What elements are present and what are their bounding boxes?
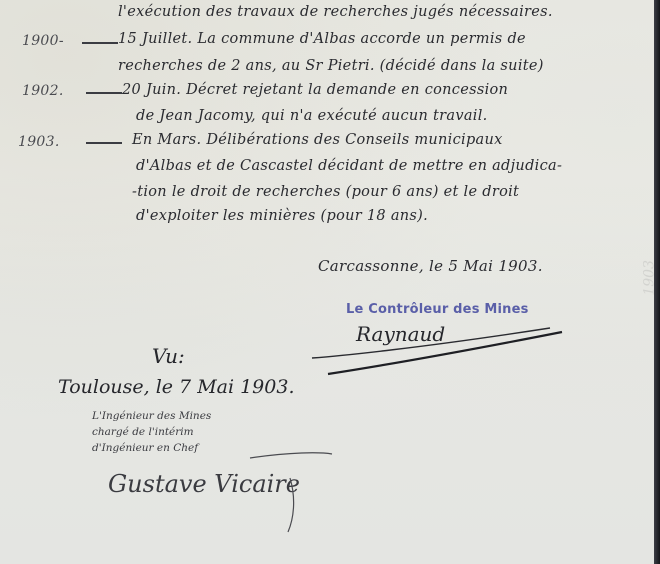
signature-flourish [300, 320, 580, 380]
text-line: En Mars. Délibérations des Conseils muni… [132, 132, 503, 148]
text-line: 15 Juillet. La commune d'Albas accorde u… [118, 31, 526, 47]
text-line: 20 Juin. Décret rejetant la demande en c… [122, 82, 508, 98]
text-line: d'exploiter les minières (pour 18 ans). [136, 208, 428, 224]
signature-flourish [100, 448, 340, 538]
endorsement-title-line: chargé de l'intérim [92, 426, 194, 438]
vu-label: Vu: [152, 344, 185, 368]
dash-divider [86, 142, 122, 144]
text-line: l'exécution des travaux de recherches ju… [118, 4, 553, 20]
faded-margin-text: 1903 [642, 260, 654, 296]
scan-edge [654, 0, 660, 564]
endorsement-title-line: L'Ingénieur des Mines [92, 410, 211, 422]
year-label: 1902. [22, 83, 64, 99]
dash-divider [86, 92, 122, 94]
year-label: 1900- [22, 33, 64, 49]
text-line: recherches de 2 ans, au Sr Pietri. (déci… [118, 58, 544, 74]
year-label: 1903. [18, 134, 60, 150]
place-date: Carcassonne, le 5 Mai 1903. [318, 257, 543, 275]
text-line: de Jean Jacomy, qui n'a exécuté aucun tr… [136, 108, 488, 124]
official-stamp: Le Contrôleur des Mines [346, 302, 529, 317]
endorsement-place-date: Toulouse, le 7 Mai 1903. [58, 376, 294, 398]
text-line: -tion le droit de recherches (pour 6 ans… [132, 184, 519, 200]
dash-divider [82, 42, 118, 44]
document-page: l'exécution des travaux de recherches ju… [0, 0, 654, 564]
text-line: d'Albas et de Cascastel décidant de mett… [136, 158, 562, 174]
